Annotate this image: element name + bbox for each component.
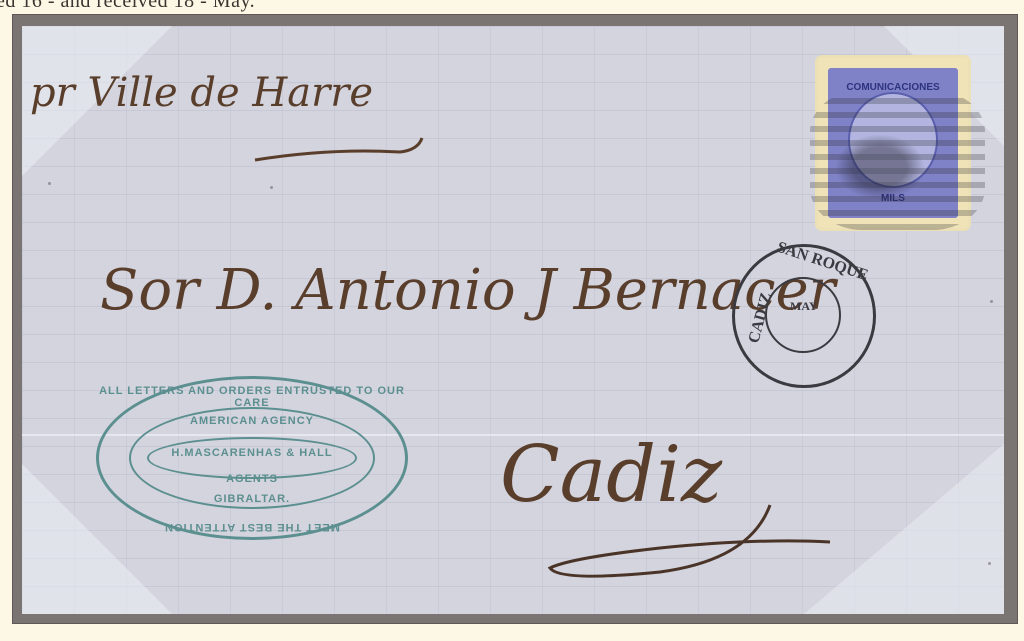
paper-blemish (990, 300, 993, 303)
grid-cancel-mark (810, 90, 985, 230)
datestamp-date: MAY (790, 299, 818, 314)
paper-blemish (270, 186, 273, 189)
cachet-firm-name: H.MASCARENHAS & HALL (99, 447, 405, 459)
caption-text: ed 16 - and received 18 - May. (0, 0, 255, 13)
forwarding-agent-cachet: ALL LETTERS AND ORDERS ENTRUSTED TO OUR … (96, 376, 408, 540)
addressee-name: Sor D. Antonio J Bernacer (100, 258, 835, 323)
cachet-ring-top-text: ALL LETTERS AND ORDERS ENTRUSTED TO OUR … (99, 385, 405, 409)
ship-underline-flourish (250, 130, 430, 170)
circular-datestamp: SAN ROQUE CADIZ MAY (732, 244, 876, 388)
cachet-city: GIBRALTAR. (99, 493, 405, 505)
ship-endorsement: pr Ville de Harre (30, 70, 373, 116)
paper-blemish (48, 182, 51, 185)
cachet-agents: AGENTS (99, 473, 405, 485)
datestamp-inner-ring (765, 277, 841, 353)
city-underline-flourish (540, 500, 840, 590)
paper-blemish (988, 562, 991, 565)
cachet-agency: AMERICAN AGENCY (99, 415, 405, 427)
cachet-ring-bottom-text: MEET THE BEST ATTENTION (99, 521, 405, 533)
